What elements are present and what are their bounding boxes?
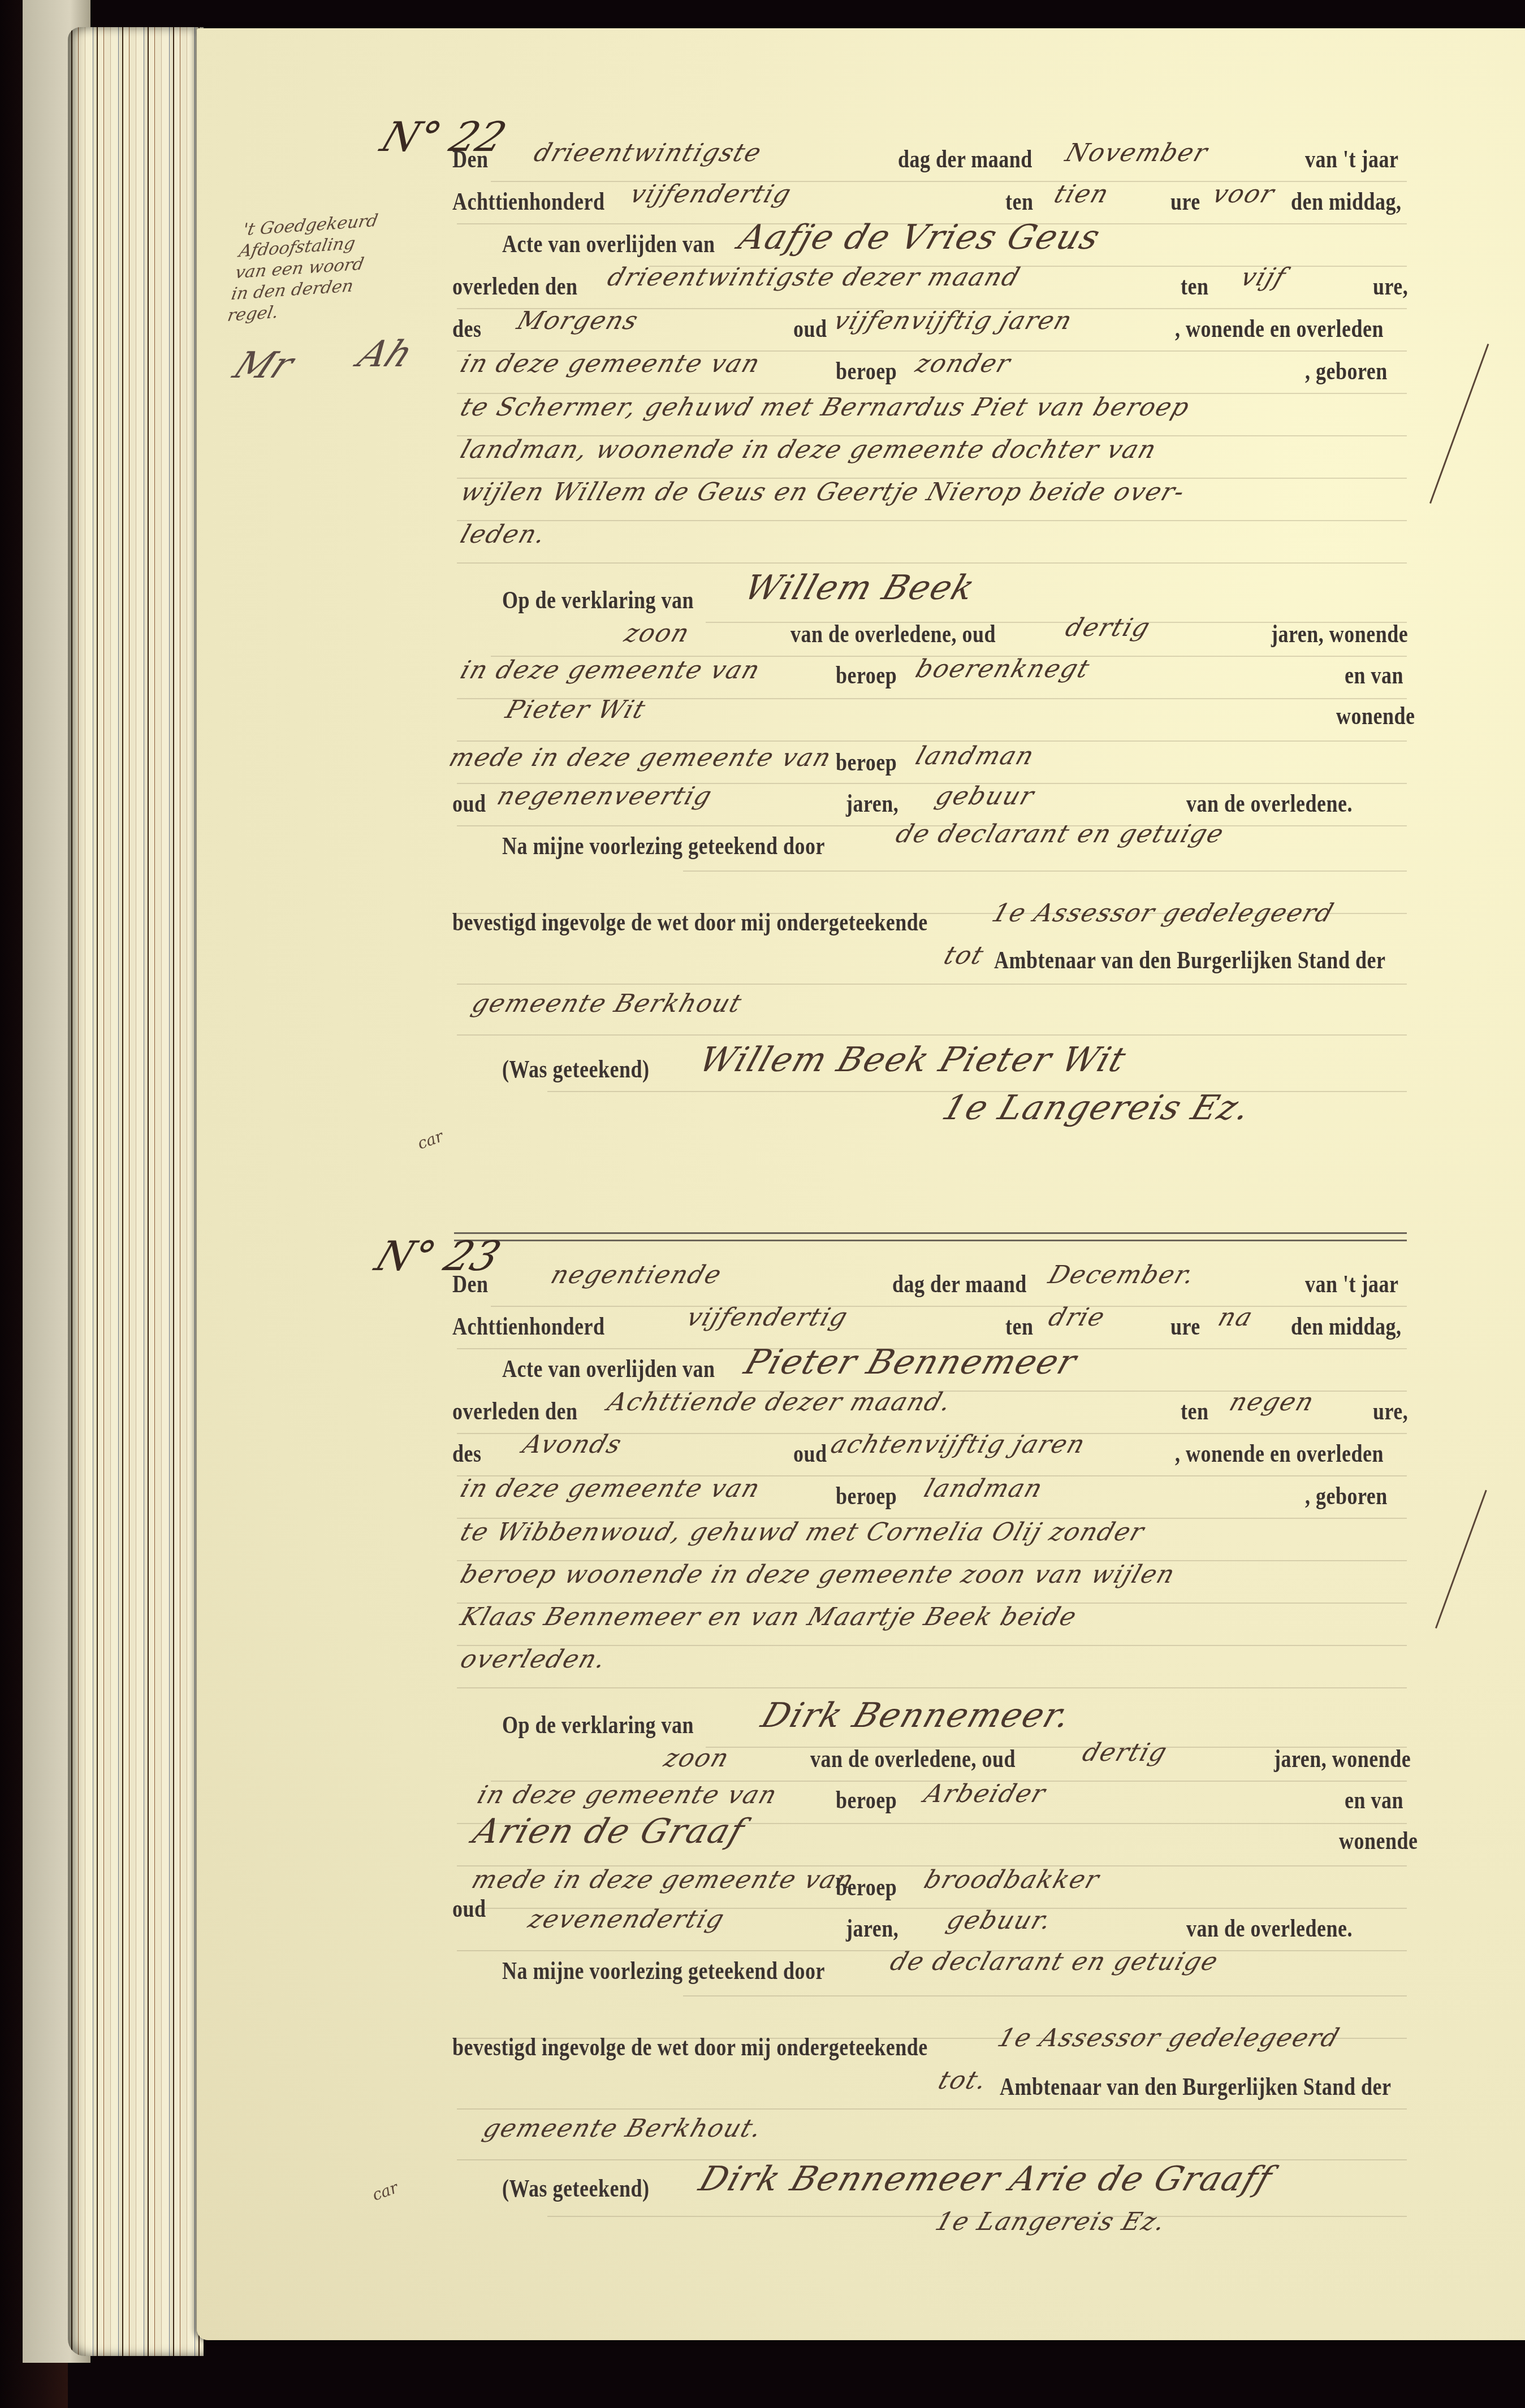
signed-by-written: de declarant en getuige xyxy=(887,1947,1222,1976)
declarant-occupation: boerenknegt xyxy=(912,655,1094,683)
printed-van-t-jaar: van 't jaar xyxy=(1305,1269,1398,1299)
spouse-occupation-written: landman, woonende in deze gemeente docht… xyxy=(457,435,1161,464)
birthplace-marriage-written: te Wibbenwoud, gehuwd met Cornelia Olij … xyxy=(457,1518,1148,1547)
day-written: drieentwintigste xyxy=(530,138,766,167)
printed-wonende: wonende xyxy=(1336,701,1415,731)
register-page: 't Goedgekeurd Afdoofstaling van een woo… xyxy=(197,28,1525,2340)
witness-age: zevenendertig xyxy=(525,1905,729,1934)
continuation-written: overleden. xyxy=(457,1645,611,1674)
witness-occupation: broodbakker xyxy=(921,1865,1104,1894)
residence-written: in deze gemeente van xyxy=(457,1474,764,1503)
printed-wonende-en-overleden: , wonende en overleden xyxy=(1175,314,1384,344)
printed-overleden-den: overleden den xyxy=(452,271,577,301)
printed-acte-van-overlijden: Acte van overlijden van xyxy=(502,1354,715,1384)
printed-beroep: beroep xyxy=(836,1872,897,1902)
official-title-written: 1e Assessor gedelegeerd xyxy=(988,899,1338,928)
printed-en-van: en van xyxy=(1345,660,1403,690)
before-after-written: na xyxy=(1215,1303,1257,1332)
occupation-written: landman xyxy=(921,1474,1047,1503)
printed-jaren-wonende: jaren, wonende xyxy=(1271,619,1408,649)
printed-was-geteekend: (Was geteekend) xyxy=(502,2173,649,2203)
month-written: November xyxy=(1062,138,1212,167)
death-hour-written: negen xyxy=(1226,1388,1318,1417)
printed-jaren-wonende: jaren, wonende xyxy=(1274,1744,1411,1774)
printed-achttienhonderd: Achttienhonderd xyxy=(452,1311,605,1341)
printed-bevestigd-ingevolge-de-wet: bevestigd ingevolge de wet door mij onde… xyxy=(452,907,928,937)
entry-number: N° 22 xyxy=(375,113,513,161)
death-day-written: drieentwintigste dezer maand xyxy=(604,263,1024,292)
witness-occupation: landman xyxy=(912,742,1039,770)
printed-ten: ten xyxy=(1181,1396,1209,1426)
printed-beroep: beroep xyxy=(836,660,897,690)
tot-written: tot. xyxy=(935,2066,991,2095)
witness-relation: gebuur xyxy=(932,782,1039,811)
printed-ambtenaar-burgerlijke-stand: Ambtenaar van den Burgerlijken Stand der xyxy=(994,945,1385,975)
year-written: vijfendertig xyxy=(627,180,796,209)
printed-den-middag: den middag, xyxy=(1291,1311,1402,1341)
residence-parentage-written: beroep woonende in deze gemeente zoon va… xyxy=(457,1560,1180,1589)
printed-jaren: jaren, xyxy=(846,789,898,818)
printed-achttienhonderd: Achttienhonderd xyxy=(452,187,605,216)
margin-bracket-stroke xyxy=(1429,344,1489,504)
age-written: vijfenvijftig jaren xyxy=(830,306,1077,335)
witness-residence: mede in deze gemeente van xyxy=(468,1865,858,1894)
birthplace-marriage-written: te Schermer, gehuwd met Bernardus Piet v… xyxy=(457,393,1194,422)
printed-ure: ure, xyxy=(1373,271,1408,301)
printed-van-de-overledene: van de overledene. xyxy=(1186,1913,1353,1943)
margin-check-mark-23: car xyxy=(370,2178,400,2205)
age-written: achtenvijftig jaren xyxy=(827,1430,1090,1459)
printed-wonende: wonende xyxy=(1339,1826,1418,1856)
printed-den: Den xyxy=(452,144,489,174)
margin-approval-note: 't Goedgekeurd Afdoofstaling van een woo… xyxy=(226,210,379,327)
printed-beroep: beroep xyxy=(836,747,897,777)
printed-des: des xyxy=(452,314,482,344)
occupation-written: zonder xyxy=(912,349,1015,378)
death-hour-written: vijf xyxy=(1237,263,1290,292)
printed-oud: oud xyxy=(793,1439,827,1469)
witness-name: Arien de Graaf xyxy=(468,1812,750,1851)
printed-was-geteekend: (Was geteekend) xyxy=(502,1054,649,1084)
printed-den: Den xyxy=(452,1269,489,1299)
witness-age: negenenveertig xyxy=(494,782,716,811)
declarant-age: dertig xyxy=(1079,1738,1172,1767)
printed-wonende-en-overleden: , wonende en overleden xyxy=(1175,1439,1384,1469)
declarant-residence: in deze gemeente van xyxy=(474,1781,781,1809)
signed-by-written: de declarant en getuige xyxy=(892,820,1228,848)
signatures: Willem Beek Pieter Wit xyxy=(694,1040,1131,1080)
month-written: December. xyxy=(1045,1261,1199,1289)
declarant-occupation: Arbeider xyxy=(921,1779,1050,1808)
printed-overleden-den: overleden den xyxy=(452,1396,577,1426)
witness-residence: mede in deze gemeente van xyxy=(446,743,836,772)
printed-geboren: , geboren xyxy=(1305,1481,1388,1511)
witness-name: Pieter Wit xyxy=(502,695,650,724)
time-of-day-written: Morgens xyxy=(513,306,642,335)
printed-oud: oud xyxy=(452,1894,486,1924)
declarant-residence: in deze gemeente van xyxy=(457,656,764,685)
declarant-relation: zoon xyxy=(660,1744,733,1773)
municipality-written: gemeente Berkhout xyxy=(468,989,746,1018)
official-title-written: 1e Assessor gedelegeerd xyxy=(994,2024,1343,2052)
margin-check-mark-22: car xyxy=(415,1127,446,1153)
printed-den-middag: den middag, xyxy=(1291,187,1402,216)
printed-ambtenaar-burgerlijke-stand: Ambtenaar van den Burgerlijken Stand der xyxy=(1000,2072,1391,2102)
official-signature: 1e Langereis Ez. xyxy=(932,2207,1170,2236)
declarant-age: dertig xyxy=(1062,613,1155,642)
printed-beroep: beroep xyxy=(836,356,897,386)
printed-jaren: jaren, xyxy=(846,1913,898,1943)
hour-written: drie xyxy=(1045,1303,1109,1332)
printed-geboren: , geboren xyxy=(1305,356,1388,386)
printed-en-van: en van xyxy=(1345,1785,1403,1815)
hour-written: tien xyxy=(1051,180,1113,209)
printed-na-mijne-voorlezing: Na mijne voorlezing geteekend door xyxy=(502,1956,825,1986)
page-stack-edge xyxy=(68,27,204,2356)
municipality-written: gemeente Berkhout. xyxy=(479,2114,767,2143)
printed-des: des xyxy=(452,1439,482,1469)
year-written: vijfendertig xyxy=(683,1303,852,1332)
margin-bracket-stroke xyxy=(1435,1490,1487,1629)
printed-ure: ure, xyxy=(1373,1396,1408,1426)
printed-van-de-overledene: van de overledene. xyxy=(1186,789,1353,818)
parents-written: wijlen Willem de Geus en Geertje Nierop … xyxy=(457,478,1189,506)
printed-ten: ten xyxy=(1181,271,1209,301)
entry-separator xyxy=(454,1232,1407,1241)
printed-beroep: beroep xyxy=(836,1481,897,1511)
printed-oud: oud xyxy=(793,314,827,344)
printed-bevestigd-ingevolge-de-wet: bevestigd ingevolge de wet door mij onde… xyxy=(452,2032,928,2062)
death-day-written: Achttiende dezer maand. xyxy=(604,1388,956,1417)
witness-relation: gebuur. xyxy=(943,1906,1056,1935)
printed-na-mijne-voorlezing: Na mijne voorlezing geteekend door xyxy=(502,831,825,861)
printed-ten: ten xyxy=(1005,187,1034,216)
printed-oud: oud xyxy=(452,789,486,818)
day-written: negentiende xyxy=(547,1261,726,1289)
printed-ten: ten xyxy=(1005,1311,1034,1341)
official-signature: 1e Langereis Ez. xyxy=(938,1088,1256,1128)
printed-op-de-verklaring-van: Op de verklaring van xyxy=(502,1710,694,1740)
printed-ure: ure xyxy=(1170,187,1200,216)
printed-van-de-overledene-oud: van de overledene, oud xyxy=(790,619,996,649)
printed-van-t-jaar: van 't jaar xyxy=(1305,144,1398,174)
signatures: Dirk Bennemeer Arie de Graaff xyxy=(694,2159,1278,2199)
printed-acte-van-overlijden: Acte van overlijden van xyxy=(502,229,715,259)
printed-van-de-overledene-oud: van de overledene, oud xyxy=(810,1744,1016,1774)
margin-paraph-2: Ah xyxy=(351,334,420,375)
declarant-name: Dirk Bennemeer. xyxy=(757,1696,1077,1735)
printed-beroep: beroep xyxy=(836,1785,897,1815)
register-page-content: 't Goedgekeurd Afdoofstaling van een woo… xyxy=(197,28,1525,2340)
printed-op-de-verklaring-van: Op de verklaring van xyxy=(502,585,694,615)
time-of-day-written: Avonds xyxy=(519,1430,626,1459)
declarant-name: Willem Beek xyxy=(740,568,980,608)
deceased-name: Pieter Bennemeer xyxy=(740,1342,1082,1382)
declarant-relation: zoon xyxy=(621,619,694,648)
continuation-written: leden. xyxy=(457,520,550,549)
printed-dag-der-maand: dag der maand xyxy=(892,1269,1027,1299)
printed-ure: ure xyxy=(1170,1311,1200,1341)
printed-dag-der-maand: dag der maand xyxy=(898,144,1032,174)
residence-written: in deze gemeente van xyxy=(457,349,764,378)
margin-paraph-1: Mr xyxy=(227,345,301,387)
before-after-written: voor xyxy=(1209,180,1278,209)
deceased-name: Aafje de Vries Geus xyxy=(734,218,1106,257)
parents-written: Klaas Bennemeer en van Maartje Beek beid… xyxy=(457,1603,1081,1631)
tot-written: tot xyxy=(940,941,988,970)
